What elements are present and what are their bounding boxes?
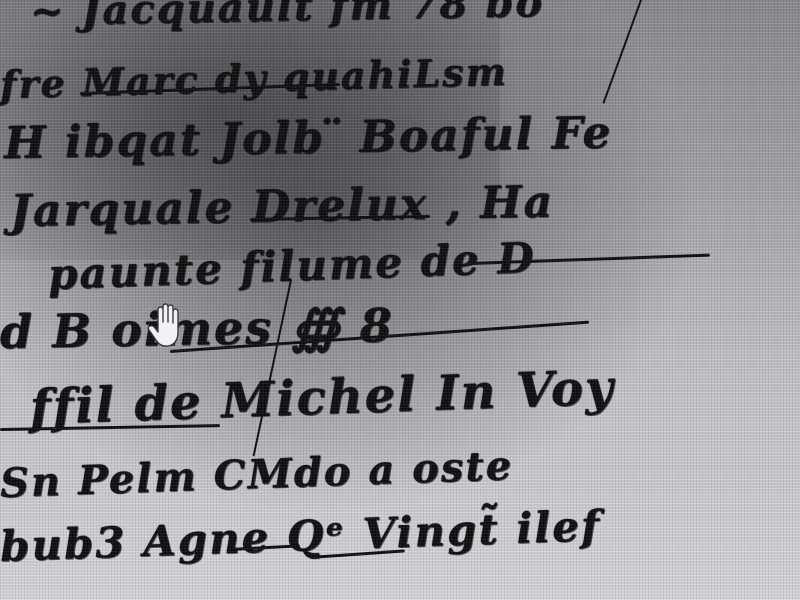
handwritten-line-2: fre Marc dy quahiLsm bbox=[0, 49, 508, 107]
handwritten-line-7: ffil de Michel In Voy bbox=[29, 360, 616, 436]
hand-grab-icon bbox=[146, 302, 186, 352]
handwritten-line-1: ~ Jacquault fm 78 bo bbox=[30, 0, 545, 35]
handwritten-line-5: paunte filume de D bbox=[47, 233, 536, 299]
handwritten-line-3: H ibqat Jolb ̈ Boaful Fe bbox=[4, 107, 613, 169]
handwritten-line-9: bub3 Agne Qᵉ Vingt̃ ilef bbox=[0, 501, 602, 571]
ink-stroke bbox=[602, 0, 642, 104]
handwritten-line-8: Sn Pelm CMdo a oste bbox=[0, 442, 514, 507]
document-viewer[interactable]: ~ Jacquault fm 78 bo fre Marc dy quahiLs… bbox=[0, 0, 800, 600]
handwritten-line-4: Jarquale Drelux , Ha bbox=[10, 177, 555, 237]
